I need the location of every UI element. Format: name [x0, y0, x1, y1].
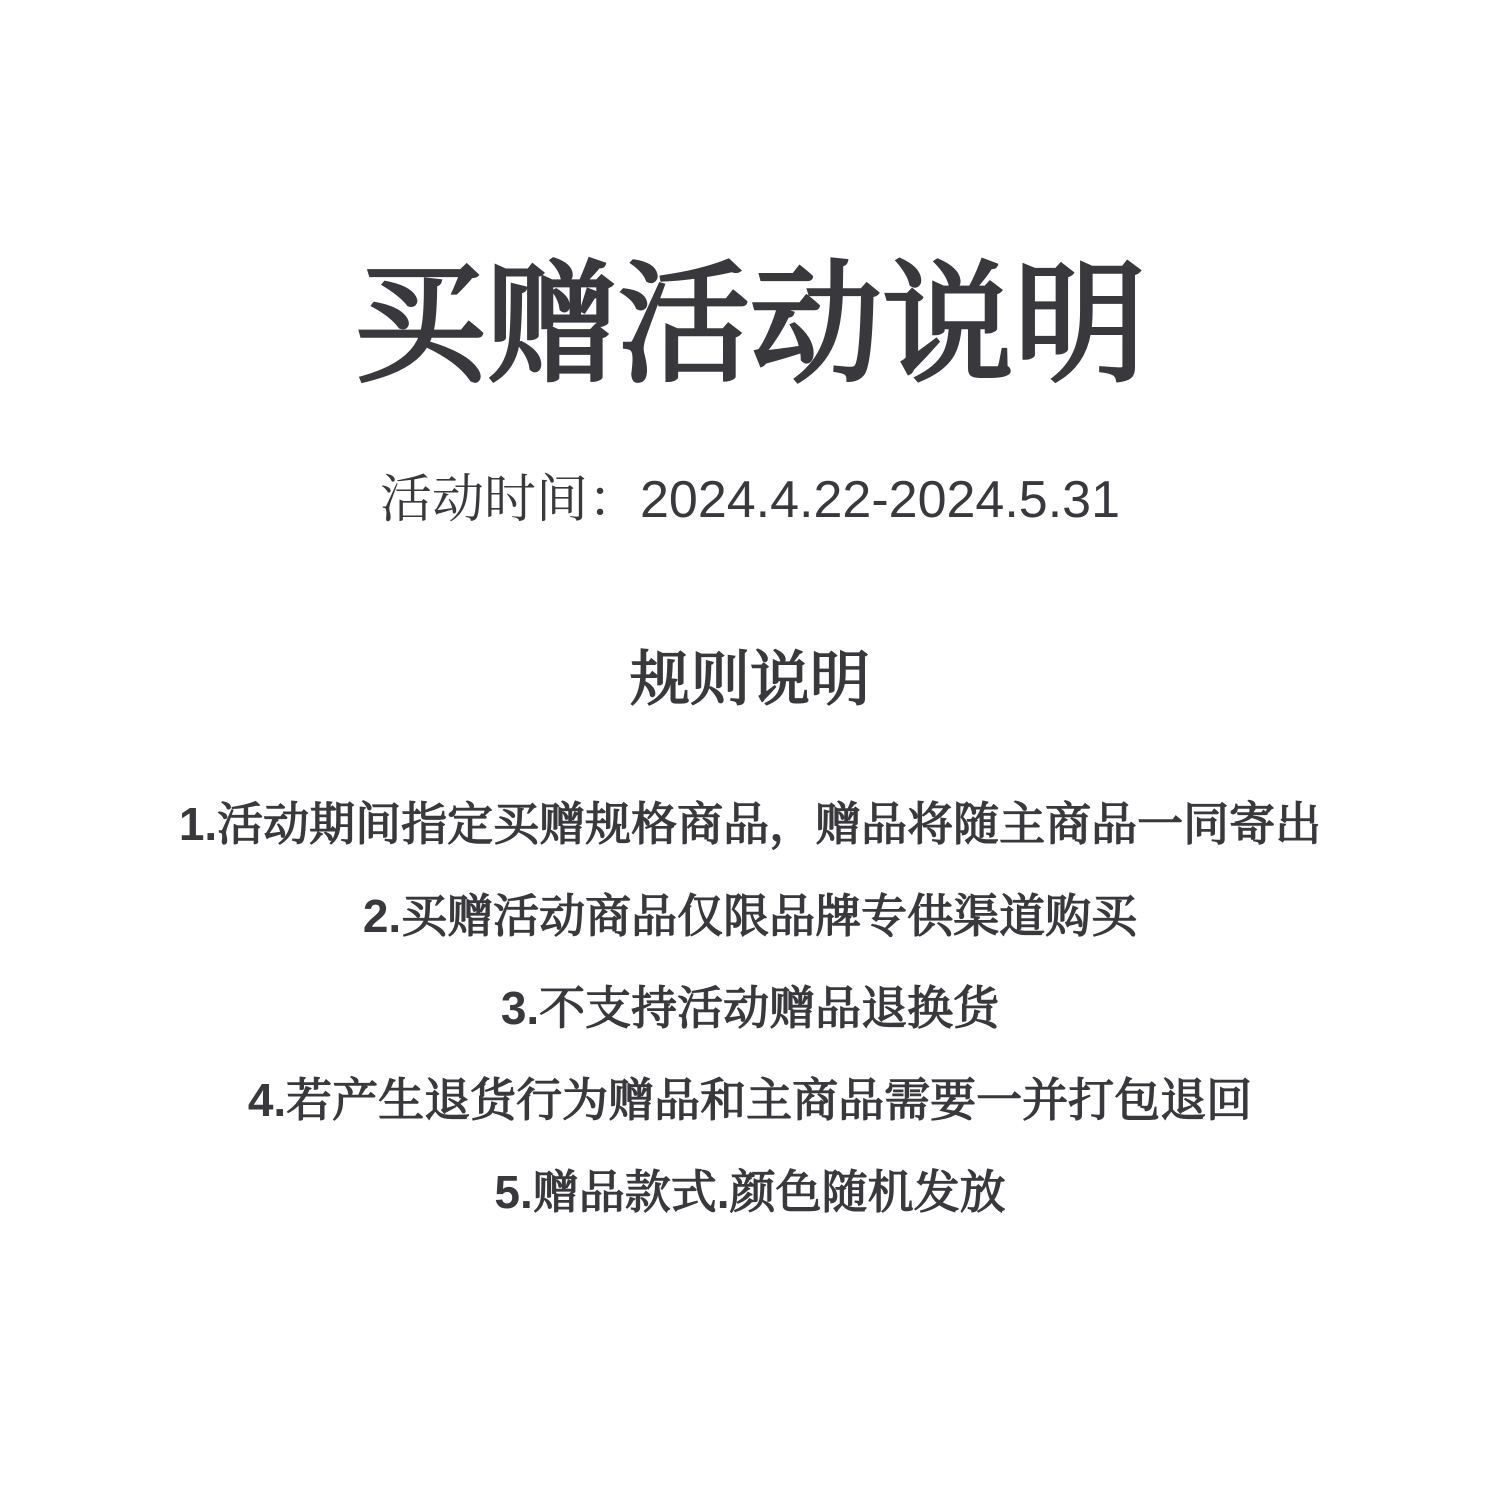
activity-period: 活动时间：2024.4.22-2024.5.31 [380, 469, 1120, 531]
rule-item-1: 1.活动期间指定买赠规格商品，赠品将随主商品一同寄出 [179, 778, 1321, 870]
rules-heading: 规则说明 [630, 644, 870, 716]
rule-item-4: 4.若产生退货行为赠品和主商品需要一并打包退回 [248, 1054, 1252, 1146]
rule-item-5: 5.赠品款式.颜色随机发放 [494, 1146, 1005, 1238]
promo-notice-page: 买赠活动说明 活动时间：2024.4.22-2024.5.31 规则说明 1.活… [0, 0, 1500, 1500]
rules-list: 1.活动期间指定买赠规格商品，赠品将随主商品一同寄出 2.买赠活动商品仅限品牌专… [179, 778, 1321, 1238]
page-title: 买赠活动说明 [354, 252, 1146, 397]
rule-item-2: 2.买赠活动商品仅限品牌专供渠道购买 [363, 870, 1137, 962]
rule-item-3: 3.不支持活动赠品退换货 [501, 962, 999, 1054]
